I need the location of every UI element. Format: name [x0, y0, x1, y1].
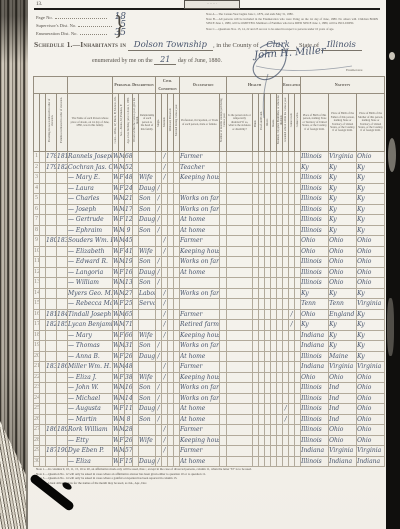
table-row: 1178181Rannels JosephWM68/FarmerIllinois…: [34, 152, 385, 163]
cell-c: W: [113, 246, 119, 257]
cell-occ: At home: [180, 351, 220, 362]
cell-s: M: [119, 362, 125, 373]
cell-nm: Rannels Joseph: [68, 152, 113, 163]
cell-sick: [227, 425, 253, 436]
enum-line-pre: enumerated by me on the: [92, 58, 153, 64]
cell-bm: Ky: [357, 351, 385, 362]
cell-a: 48: [125, 173, 133, 184]
cell-a: 11: [125, 404, 133, 415]
cell-n: 11: [34, 257, 40, 268]
cell-a: 19: [125, 257, 133, 268]
cell-sick: [227, 351, 253, 362]
cell-un: [220, 162, 227, 173]
cell-d: [46, 404, 57, 415]
column-header-text: [34, 122, 39, 124]
cell-bp: Indiana: [301, 341, 329, 352]
cell-sick: [227, 404, 253, 415]
fill-line: [78, 26, 112, 27]
cell-d: 179: [46, 162, 57, 173]
column-header-text: Attended school within the Census year.: [284, 97, 287, 142]
column-header-text: Widowed, Divorced.: [169, 108, 172, 131]
cell-d: 186: [46, 425, 57, 436]
cell-occ: Teacher: [180, 162, 220, 173]
table-row: 15— Rebecca MariaWF25Servant/TennTennVir…: [34, 299, 385, 310]
column-group-header: Nativity: [301, 77, 385, 94]
cell-d: [46, 372, 57, 383]
cell-un: [220, 257, 227, 268]
column-header-occ: Profession, Occupation, or Trade of each…: [180, 94, 220, 152]
cell-a: 68: [125, 152, 133, 163]
cell-rel: Daughter: [139, 404, 156, 415]
cell-occ: Works on farm: [180, 204, 220, 215]
cell-un: [220, 446, 227, 457]
instruction-notes: Note A.—The Census Year begins June 1, 1…: [206, 13, 378, 33]
cell-rel: Son: [139, 414, 156, 425]
cell-d: [46, 225, 57, 236]
cell-rel: Son: [139, 204, 156, 215]
cell-d: 181: [46, 309, 57, 320]
cell-occ: Keeping house: [180, 173, 220, 184]
column-header-text: Relationship of each person to the head …: [139, 113, 155, 132]
cell-nm: Myers Geo. M.: [68, 288, 113, 299]
cell-bp: Illinois: [301, 383, 329, 394]
cell-sick: [227, 215, 253, 226]
cell-s: F: [119, 351, 125, 362]
cell-s: F: [119, 183, 125, 194]
cell-bp: Illinois: [301, 257, 329, 268]
table-row: 22— Eliza J.WF38Wife/Keeping houseOhioOh…: [34, 372, 385, 383]
table-row: 27186189Rork WilliamWM28/FarmerIllinoisO…: [34, 425, 385, 436]
cell-bm: Ky: [357, 225, 385, 236]
cell-bm: Ky: [357, 330, 385, 341]
cell-un: [220, 341, 227, 352]
cell-rel: Daughter: [139, 456, 156, 467]
cell-c: W: [113, 288, 119, 299]
cell-nm: — Langoria: [68, 267, 113, 278]
cell-n: 15: [34, 299, 40, 310]
cell-a: 71: [125, 320, 133, 331]
cell-c: W: [113, 194, 119, 205]
cell-nm: Rork William: [68, 425, 113, 436]
column-group-header: Occupation: [180, 77, 227, 94]
cell-occ: Keeping house: [180, 246, 220, 257]
cell-occ: At home: [180, 215, 220, 226]
cell-bp: Indiana: [301, 362, 329, 373]
cell-s: F: [119, 435, 125, 446]
cell-bm: Ky: [357, 162, 385, 173]
cell-rel: Son: [139, 194, 156, 205]
cell-bp: Ky: [301, 162, 329, 173]
cell-bf: Indiana: [329, 456, 357, 467]
cell-d: [46, 278, 57, 289]
cell-sick: [227, 393, 253, 404]
cell-d: [46, 341, 57, 352]
cell-un: [220, 351, 227, 362]
table-row: 11— Edward R.WM19Son/Works on farmIllino…: [34, 257, 385, 268]
cell-a: 26: [125, 351, 133, 362]
cell-n: 19: [34, 341, 40, 352]
cell-s: M: [119, 162, 125, 173]
cell-s: M: [119, 152, 125, 163]
cell-a: 52: [125, 162, 133, 173]
cell-bm: Virginia: [357, 299, 385, 310]
column-header-text: Married during Census year.: [175, 104, 178, 136]
cell-nm: — Michael: [68, 393, 113, 404]
cell-f: [57, 257, 68, 268]
cell-un: [220, 152, 227, 163]
table-row: 18— MaryWF66Wife/Keeping houseIndianaKyK…: [34, 330, 385, 341]
column-header-a: Age at last birthday prior to June 1, 18…: [125, 94, 133, 152]
cell-bm: Ky: [357, 309, 385, 320]
cell-bm: Ky: [357, 183, 385, 194]
cell-f: [57, 299, 68, 310]
cell-rel: [139, 362, 156, 373]
cell-bf: Ohio: [329, 425, 357, 436]
cell-s: M: [119, 341, 125, 352]
cell-nm: — Charles: [68, 194, 113, 205]
cell-occ: Works on farm: [180, 288, 220, 299]
cell-bp: Illinois: [301, 278, 329, 289]
cell-nm: — Etty: [68, 435, 113, 446]
cell-bm: Ohio: [357, 257, 385, 268]
cell-n: 24: [34, 393, 40, 404]
cell-rel: [139, 425, 156, 436]
cell-d: [46, 383, 57, 394]
cell-c: W: [113, 257, 119, 268]
column-header-text: Idiotic.: [266, 118, 269, 126]
cell-d: 180: [46, 236, 57, 247]
cell-bp: Illinois: [301, 152, 329, 163]
cell-un: [220, 404, 227, 415]
cell-s: F: [119, 267, 125, 278]
cell-nm: — Edward R.: [68, 257, 113, 268]
column-header-text: Single.: [157, 119, 160, 127]
cell-d: 178: [46, 152, 57, 163]
table-row: 3— Mary E.WF48Wife/Keeping houseIllinois…: [34, 173, 385, 184]
column-header-text: Number of months unemployed during Censu…: [220, 94, 226, 146]
cell-bf: Ky: [329, 162, 357, 173]
cell-s: F: [119, 330, 125, 341]
cell-occ: Farmer: [180, 309, 220, 320]
column-header-text: Age at last birthday prior to June 1, 18…: [127, 97, 130, 144]
book-page-edges-left: [0, 0, 28, 529]
cell-bf: Ind: [329, 393, 357, 404]
cell-f: 181: [57, 152, 68, 163]
cell-s: F: [119, 372, 125, 383]
cell-sick: [227, 278, 253, 289]
cell-un: [220, 383, 227, 394]
cell-bm: Ohio: [357, 435, 385, 446]
cell-sick: [227, 435, 253, 446]
cell-f: [57, 351, 68, 362]
cell-f: [57, 267, 68, 278]
cell-d: [46, 173, 57, 184]
cell-nm: Souders Wm. Harvey: [68, 236, 113, 247]
cell-bf: Ohio: [329, 278, 357, 289]
cell-c: W: [113, 425, 119, 436]
table-row: 26— MartinWM8Son/At home/IllinoisIndOhio: [34, 414, 385, 425]
cell-a: 38: [125, 372, 133, 383]
schedule-title: Schedule 1.—Inhabitants in: [34, 40, 126, 49]
cell-s: M: [119, 425, 125, 436]
cell-d: [46, 299, 57, 310]
cell-un: [220, 435, 227, 446]
cell-bf: Ind: [329, 414, 357, 425]
cell-occ: At home: [180, 404, 220, 415]
cell-d: [46, 330, 57, 341]
cell-sick: [227, 246, 253, 257]
column-header-nm: The Name of each Person whose place of a…: [68, 94, 113, 152]
cell-sick: [227, 162, 253, 173]
cell-un: [220, 215, 227, 226]
cell-c: W: [113, 435, 119, 446]
cell-bf: Tenn: [329, 299, 357, 310]
cell-un: [220, 278, 227, 289]
table-row: 14Myers Geo. M.WM27Laborer/Works on farm…: [34, 288, 385, 299]
cell-bp: Illinois: [301, 267, 329, 278]
cell-sick: [227, 173, 253, 184]
supervisor-dist-label: Supervisor's Dist. No.: [36, 22, 76, 30]
column-header-mo: If born within the Census year, give the…: [133, 94, 139, 152]
cell-un: [220, 236, 227, 247]
cell-c: W: [113, 320, 119, 331]
fill-line: [55, 18, 107, 19]
cell-un: [220, 299, 227, 310]
cell-bm: Ohio: [357, 425, 385, 436]
cell-f: [57, 173, 68, 184]
cell-occ: [180, 299, 220, 310]
cell-f: 184: [57, 309, 68, 320]
cell-c: W: [113, 372, 119, 383]
cell-un: [220, 288, 227, 299]
cell-f: [57, 383, 68, 394]
column-header-text: Cannot read.: [290, 113, 293, 127]
footer-note-4: Note 4.—Usual abbreviations for the name…: [36, 481, 336, 486]
cell-sick: [227, 183, 253, 194]
column-header-f: Families numbered in order of visitation…: [57, 94, 68, 152]
cell-occ: Keeping house: [180, 330, 220, 341]
table-row: 5— CharlesWM21Son/Works on farmIllinoisK…: [34, 194, 385, 205]
cell-f: [57, 372, 68, 383]
cell-un: [220, 372, 227, 383]
enum-line-post: day of June, 1880.: [178, 58, 222, 64]
cell-bp: Illinois: [301, 173, 329, 184]
table-row: 16181184Tindall JosephWM65/Farmer/OhioEn…: [34, 309, 385, 320]
column-header-text: Sex—Males, M; Females, F.: [120, 104, 123, 136]
cell-rel: [139, 309, 156, 320]
column-group-header: Health: [227, 77, 283, 94]
cell-bp: Ohio: [301, 372, 329, 383]
column-header-text: Blind.: [254, 120, 257, 127]
cell-bp: Illinois: [301, 183, 329, 194]
table-row: 19— ThomasWM31Son/Works on farmIndianaKy…: [34, 341, 385, 352]
cell-nm: — Rebecca Maria: [68, 299, 113, 310]
cell-n: 22: [34, 372, 40, 383]
cell-a: 65: [125, 309, 133, 320]
cell-bm: Ky: [357, 173, 385, 184]
cell-s: M: [119, 309, 125, 320]
cell-occ: At home: [180, 414, 220, 425]
cell-s: M: [119, 446, 125, 457]
cell-sick: [227, 152, 253, 163]
cell-f: [57, 341, 68, 352]
page-stack-wedge: [0, 409, 26, 529]
cell-bp: Illinois: [301, 194, 329, 205]
column-header-text: Insane.: [272, 119, 275, 127]
cell-occ: Works on farm: [180, 194, 220, 205]
cell-sick: [227, 372, 253, 383]
column-header-d: Dwelling-houses numbered in order of vis…: [46, 94, 57, 152]
cell-rel: Wife: [139, 372, 156, 383]
cell-n: 17: [34, 320, 40, 331]
district-block: Page No. 18 Supervisor's Dist. No. 5 Enu…: [36, 14, 126, 38]
cell-c: W: [113, 404, 119, 415]
cell-c: W: [113, 330, 119, 341]
cell-nm: — Mary E.: [68, 173, 113, 184]
cell-d: [46, 288, 57, 299]
cell-n: 25: [34, 404, 40, 415]
cell-c: W: [113, 299, 119, 310]
cell-s: M: [119, 288, 125, 299]
cell-occ: Works on farm: [180, 341, 220, 352]
cell-f: [57, 414, 68, 425]
cell-un: [220, 183, 227, 194]
cell-nm: — Anna B.: [68, 351, 113, 362]
column-group-header: Personal Description: [113, 77, 156, 94]
column-header-text: Place of Birth of the Father of this per…: [329, 111, 356, 133]
cell-bp: Ohio: [301, 246, 329, 257]
cell-rel: Wife: [139, 246, 156, 257]
cell-bm: Ohio: [357, 236, 385, 247]
column-header-un: Number of months unemployed during Censu…: [220, 94, 227, 152]
cell-un: [220, 330, 227, 341]
cell-n: 10: [34, 246, 40, 257]
cell-nm: Cochran Jas. C.: [68, 162, 113, 173]
cell-f: [57, 204, 68, 215]
cell-d: [46, 183, 57, 194]
cell-a: 9: [125, 225, 133, 236]
cell-rel: Daughter: [139, 215, 156, 226]
cell-occ: Farmer: [180, 425, 220, 436]
cell-s: M: [119, 393, 125, 404]
cell-bm: Ky: [357, 341, 385, 352]
cell-un: [220, 204, 227, 215]
cell-bp: Illinois: [301, 456, 329, 467]
cell-a: 25: [125, 299, 133, 310]
column-header-bm: Place of Birth of the Mother of this per…: [357, 94, 385, 152]
cell-un: [220, 320, 227, 331]
cell-bp: Illinois: [301, 225, 329, 236]
cell-occ: Keeping house: [180, 435, 220, 446]
census-scan-photograph: ······· 13. Page No. 18 Supervisor's Dis…: [0, 0, 400, 529]
cell-s: M: [119, 194, 125, 205]
cell-c: W: [113, 309, 119, 320]
table-row: 4— LauraWF24Daughter/IllinoisKyKy: [34, 183, 385, 194]
cell-sick: [227, 341, 253, 352]
cell-occ: At home: [180, 456, 220, 467]
enumeration-date-line: enumerated by me on the 21 day of June, …: [92, 55, 222, 64]
cell-d: 182: [46, 320, 57, 331]
scan-dark-band-right: [386, 0, 400, 529]
cell-bf: Ohio: [329, 246, 357, 257]
column-header-text: Cannot write.: [296, 112, 299, 127]
cell-bp: Tenn: [301, 299, 329, 310]
cell-rel: Daughter: [139, 267, 156, 278]
column-header-text: Dwelling-houses numbered in order of vis…: [48, 94, 54, 146]
cell-nm: — Gertrude: [68, 215, 113, 226]
table-row: 30— ElizaWF15Daughter/At homeIllinoisInd…: [34, 456, 385, 467]
cell-occ: Farmer: [180, 236, 220, 247]
column-header-text: Married.: [163, 117, 166, 127]
cell-rel: Wife: [139, 173, 156, 184]
cell-s: M: [119, 257, 125, 268]
cell-bm: Ohio: [357, 372, 385, 383]
cell-bm: Indiana: [357, 456, 385, 467]
cell-d: [46, 194, 57, 205]
cell-bf: Ohio: [329, 435, 357, 446]
cell-n: 29: [34, 446, 40, 457]
cell-rel: Daughter: [139, 183, 156, 194]
cell-bf: Ky: [329, 183, 357, 194]
cell-d: [46, 414, 57, 425]
brace-mark: }: [114, 9, 125, 42]
cell-s: M: [119, 414, 125, 425]
column-header-rel: Relationship of each person to the head …: [139, 94, 156, 152]
column-header-text: The Name of each Person whose place of a…: [68, 116, 112, 128]
cell-un: [220, 194, 227, 205]
corner-mark: 13.: [36, 2, 42, 7]
note-c: Note C.—Questions Nos. 13, 14, 22 and 23…: [206, 28, 378, 32]
cell-f: [57, 215, 68, 226]
cell-sick: [227, 309, 253, 320]
cell-d: [46, 267, 57, 278]
cell-f: [57, 435, 68, 446]
cell-sick: [227, 383, 253, 394]
cell-bm: Ohio: [357, 152, 385, 163]
cell-a: 41: [125, 246, 133, 257]
cell-n: 27: [34, 425, 40, 436]
table-row: 24— MichaelWM14Son/Works on farmIllinois…: [34, 393, 385, 404]
cell-rel: [139, 320, 156, 331]
table-row: 2179182Cochran Jas. C.WM52/TeacherKyKyKy: [34, 162, 385, 173]
cell-sick: [227, 446, 253, 457]
cell-bm: Ohio: [357, 383, 385, 394]
cell-occ: At home: [180, 225, 220, 236]
cell-bp: Indiana: [301, 330, 329, 341]
cell-bp: Illinois: [301, 425, 329, 436]
cell-s: M: [119, 278, 125, 289]
cell-c: W: [113, 341, 119, 352]
cell-bf: Ohio: [329, 257, 357, 268]
cell-nm: — Mary: [68, 330, 113, 341]
cell-rel: [139, 446, 156, 457]
cell-nm: Tindall Joseph: [68, 309, 113, 320]
cell-a: 16: [125, 383, 133, 394]
column-group-header: Civil Condition: [156, 77, 180, 94]
cell-c: W: [113, 446, 119, 457]
cell-n: 16: [34, 309, 40, 320]
cell-bf: England: [329, 309, 357, 320]
cell-c: W: [113, 173, 119, 184]
cell-bf: Ky: [329, 330, 357, 341]
cell-bm: Virginia: [357, 362, 385, 373]
cell-rel: Son: [139, 225, 156, 236]
column-header-bf: Place of Birth of the Father of this per…: [329, 94, 357, 152]
note-a: Note A.—The Census Year begins June 1, 1…: [206, 13, 378, 17]
cell-c: W: [113, 183, 119, 194]
cell-n: 26: [34, 414, 40, 425]
footer-notes: Note 1.—In columns 9, 10, 11, 15, 16 to …: [36, 467, 336, 485]
